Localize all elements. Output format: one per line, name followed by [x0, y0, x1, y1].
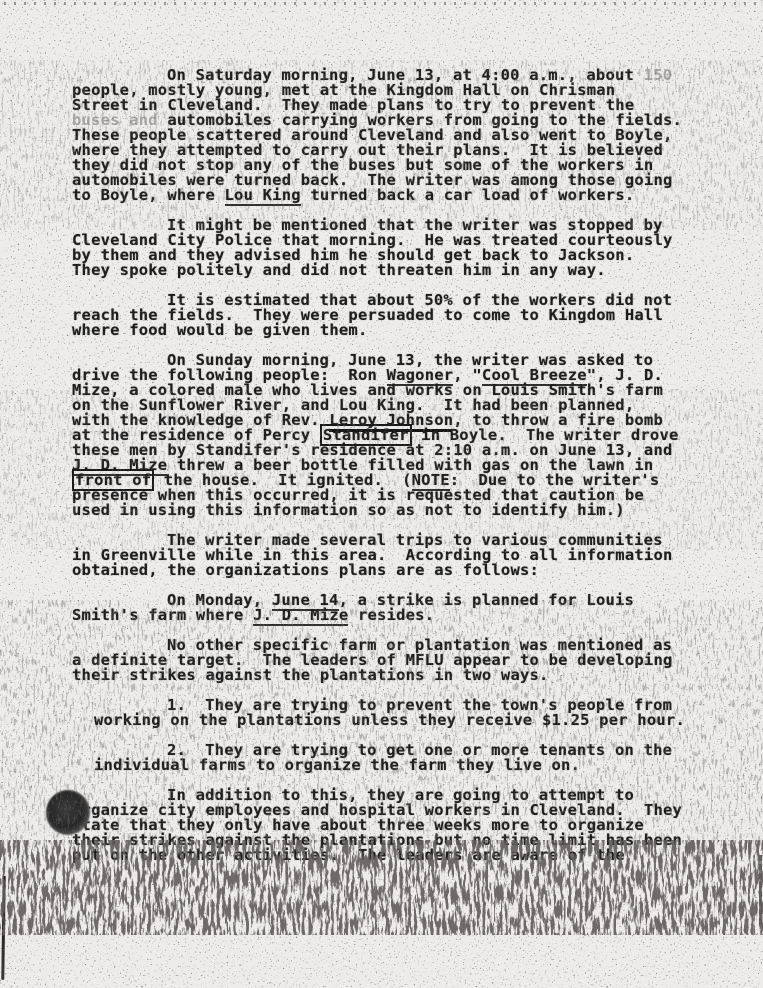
text-segment: They spoke politely and did not threaten…: [72, 261, 606, 279]
paragraph: The writer made several trips to various…: [72, 533, 720, 578]
paragraph: On Monday, June 14, a strike is planned …: [72, 593, 720, 623]
text-line: to Boyle, where Lou King turned back a c…: [72, 188, 720, 203]
paragraph: No other specific farm or plantation was…: [72, 638, 720, 683]
scanned-page: { "page": { "colors": { "paper": "#edece…: [0, 0, 763, 988]
text-line: obtained, the organizations plans are as…: [72, 563, 720, 578]
text-line: individual farms to organize the farm th…: [94, 758, 720, 773]
document-page: On Saturday morning, June 13, at 4:00 a.…: [72, 68, 720, 878]
paragraph: On Sunday morning, June 13, the writer w…: [72, 353, 720, 518]
text-segment: put on the other activities. The leaders…: [72, 846, 625, 864]
text-segment: individual farms to organize the farm th…: [94, 756, 580, 774]
marked-text-segment: Lou King: [225, 186, 301, 206]
text-segment: Smith's farm where: [72, 606, 253, 624]
text-line: They spoke politely and did not threaten…: [72, 263, 720, 278]
text-segment: turned back a car load of workers.: [301, 186, 635, 204]
text-segment: where food would be given them.: [72, 321, 368, 339]
right-edge-scan-artifact: [759, 855, 762, 925]
left-edge-scan-artifact: [1, 876, 5, 980]
numbered-item: 2. They are trying to get one or more te…: [94, 743, 720, 773]
text-line: where food would be given them.: [72, 323, 720, 338]
text-segment: their strikes against the plantations in…: [72, 666, 549, 684]
paragraph: On Saturday morning, June 13, at 4:00 a.…: [72, 68, 720, 203]
hole-punch-stain: [46, 790, 90, 835]
text-segment: used in using this information so as not…: [72, 501, 625, 519]
numbered-item: 1. They are trying to prevent the town's…: [94, 698, 720, 728]
paragraph: It might be mentioned that the writer wa…: [72, 218, 720, 278]
text-line: used in using this information so as not…: [72, 503, 720, 518]
text-line: Smith's farm where J. D. Mize resides.: [72, 608, 720, 623]
paragraph: It is estimated that about 50% of the wo…: [72, 293, 720, 338]
marked-text-segment: 150: [644, 66, 673, 84]
text-line: put on the other activities. The leaders…: [72, 848, 720, 863]
text-segment: to Boyle, where: [72, 186, 225, 204]
marked-text-segment: J. D. Mize: [253, 606, 348, 626]
text-line: their strikes against the plantations in…: [72, 668, 720, 683]
text-segment: obtained, the organizations plans are as…: [72, 561, 539, 579]
paragraph: In addition to this, they are going to a…: [72, 788, 720, 863]
text-segment: working on the plantations unless they r…: [94, 711, 685, 729]
text-line: working on the plantations unless they r…: [94, 713, 720, 728]
text-segment: resides.: [348, 606, 434, 624]
perforation-dotted-line: [4, 2, 759, 5]
